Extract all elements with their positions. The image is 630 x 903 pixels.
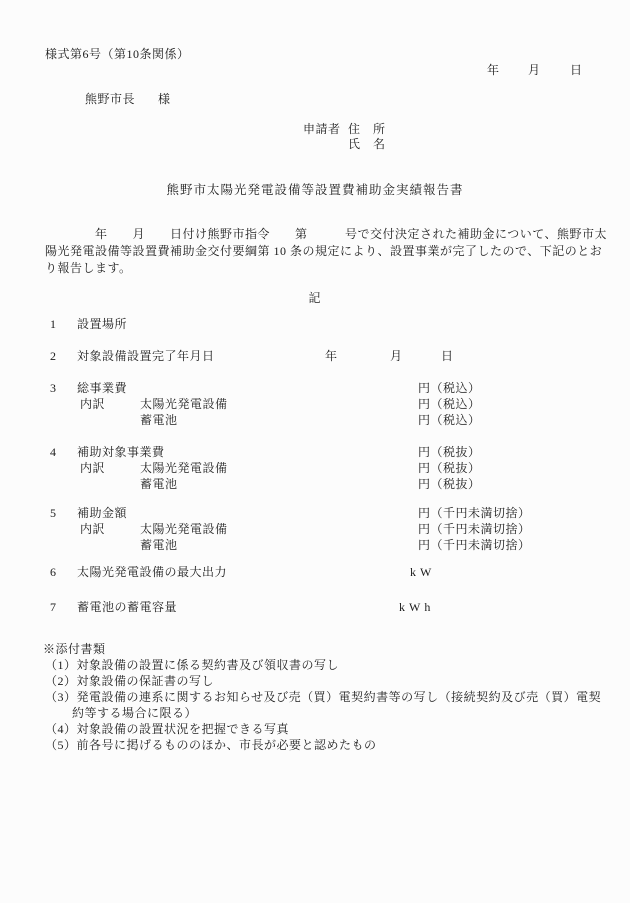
item-unit: 円（税込） xyxy=(418,381,481,396)
applicant-address-label: 住 所 xyxy=(348,122,386,137)
item-number: 5 xyxy=(50,506,57,521)
item-label-subsidy-amount: 補助金額 xyxy=(77,506,127,521)
breakdown-label: 内訳 xyxy=(80,461,105,476)
item-unit-kwh: kWh xyxy=(399,600,434,615)
item-number: 2 xyxy=(50,349,57,364)
item-number: 6 xyxy=(50,565,57,580)
item-label-total-cost: 総事業費 xyxy=(77,381,127,396)
attachment-item: （1）対象設備の設置に係る契約書及び領収書の写し xyxy=(45,658,339,673)
item-label-eligible-cost: 補助対象事業費 xyxy=(77,445,165,460)
applicant-name-label: 氏 名 xyxy=(348,137,386,152)
item-label-max-output: 太陽光発電設備の最大出力 xyxy=(77,565,227,580)
sub-item-unit: 円（千円未満切捨） xyxy=(418,538,531,553)
record-marker: 記 xyxy=(0,291,630,306)
body-paragraph-line: り報告します。 xyxy=(45,261,132,276)
item-number: 4 xyxy=(50,445,57,460)
header-date-year-label: 年 xyxy=(487,63,500,78)
item-unit-kw: kW xyxy=(410,565,435,580)
sub-item-label-solar: 太陽光発電設備 xyxy=(140,397,228,412)
attachment-item: （3）発電設備の連系に関するお知らせ及び売（買）電契約書等の写し（接続契約及び売… xyxy=(45,690,601,705)
body-paragraph-line: 年 月 日付け熊野市指令 第 号で交付決定された補助金について、熊野市太 xyxy=(45,227,607,242)
completion-year-label: 年 xyxy=(325,349,338,364)
item-label-installation-place: 設置場所 xyxy=(77,317,127,332)
sub-item-label-battery: 蓄電池 xyxy=(140,538,178,553)
breakdown-label: 内訳 xyxy=(80,522,105,537)
attachments-heading: ※添付書類 xyxy=(43,642,106,657)
page-title: 熊野市太陽光発電設備等設置費補助金実績報告書 xyxy=(0,183,630,198)
item-label-completion-date: 対象設備設置完了年月日 xyxy=(77,349,215,364)
item-number: 3 xyxy=(50,381,57,396)
item-label-storage-capacity: 蓄電池の蓄電容量 xyxy=(77,600,177,615)
addressee-honorific: 様 xyxy=(158,92,171,107)
document-page: 様式第6号（第10条関係） 年 月 日 熊野市長 様 申請者 住 所 氏 名 熊… xyxy=(0,0,630,903)
item-unit: 円（千円未満切捨） xyxy=(418,506,531,521)
completion-month-label: 月 xyxy=(390,349,403,364)
sub-item-label-battery: 蓄電池 xyxy=(140,413,178,428)
sub-item-unit: 円（税込） xyxy=(418,413,481,428)
applicant-label: 申請者 xyxy=(303,122,341,137)
sub-item-unit: 円（税込） xyxy=(418,397,481,412)
breakdown-label: 内訳 xyxy=(80,397,105,412)
attachment-item: （5）前各号に掲げるもののほか、市長が必要と認めたもの xyxy=(45,738,377,753)
body-paragraph-line: 陽光発電設備等設置費補助金交付要綱第 10 条の規定により、設置事業が完了したの… xyxy=(45,244,602,259)
header-date-day-label: 日 xyxy=(570,63,583,78)
sub-item-label-solar: 太陽光発電設備 xyxy=(140,461,228,476)
header-date-month-label: 月 xyxy=(528,63,541,78)
item-unit: 円（税抜） xyxy=(418,445,481,460)
sub-item-label-solar: 太陽光発電設備 xyxy=(140,522,228,537)
addressee: 熊野市長 xyxy=(85,92,135,107)
attachment-item: （2）対象設備の保証書の写し xyxy=(45,674,214,689)
sub-item-unit: 円（税抜） xyxy=(418,461,481,476)
form-number: 様式第6号（第10条関係） xyxy=(45,47,190,62)
sub-item-label-battery: 蓄電池 xyxy=(140,477,178,492)
sub-item-unit: 円（税抜） xyxy=(418,477,481,492)
sub-item-unit: 円（千円未満切捨） xyxy=(418,522,531,537)
item-number: 7 xyxy=(50,600,57,615)
completion-day-label: 日 xyxy=(441,349,454,364)
attachment-item: （4）対象設備の設置状況を把握できる写真 xyxy=(45,722,289,737)
attachment-item-continuation: 約等する場合に限る） xyxy=(72,706,197,721)
item-number: 1 xyxy=(50,317,57,332)
